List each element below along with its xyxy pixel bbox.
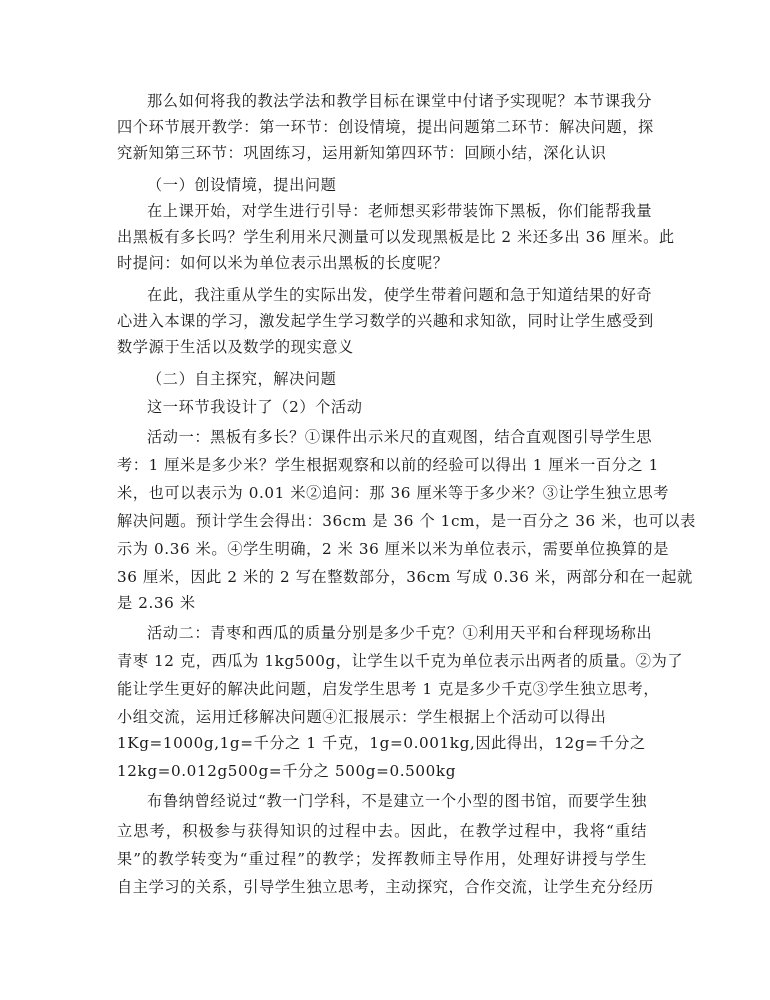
paragraph-line: 心进入本课的学习，激发起学生学习数学的兴趣和求知欲，同时让学生感受到 — [117, 311, 647, 331]
paragraph-line: 立思考，积极参与获得知识的过程中去。因此，在教学过程中，我将“重结 — [117, 821, 647, 841]
paragraph-line: 青枣 12 克，西瓜为 1kg500g，让学生以千克为单位表示出两者的质量。②为… — [117, 651, 647, 671]
paragraph-first-line: 活动二：青枣和西瓜的质量分别是多少千克？①利用天平和台秤现场称出 — [147, 623, 647, 643]
paragraph-line: 果”的教学转变为“重过程”的教学；发挥教师主导作用，处理好讲授与学生 — [117, 849, 647, 869]
paragraph-first-line: 在上课开始，对学生进行引导：老师想买彩带装饰下黑板，你们能帮我量 — [147, 201, 647, 221]
paragraph-line: 解决问题。预计学生会得出：36cm 是 36 个 1cm，是一百分之 36 米，… — [117, 511, 647, 531]
paragraph-line: 12kg=0.012g500g=千分之 500g=0.500kg — [117, 761, 647, 781]
paragraph-line: 36 厘米，因此 2 米的 2 写在整数部分，36cm 写成 0.36 米，两部… — [117, 567, 647, 587]
paragraph-line: 示为 0.36 米。④学生明确，2 米 36 厘米以米为单位表示，需要单位换算的… — [117, 539, 647, 559]
paragraph-line: 米，也可以表示为 0.01 米②追问：那 36 厘米等于多少米？③让学生独立思考 — [117, 483, 647, 503]
paragraph-first-line: （一）创设情境，提出问题 — [147, 175, 647, 195]
paragraph-line: 1Kg=1000g,1g=千分之 1 千克，1g=0.001kg,因此得出，12… — [117, 733, 647, 753]
document-page: 那么如何将我的教法学法和教学目标在课堂中付诸予实现呢？本节课我分四个环节展开教学… — [0, 0, 770, 1000]
paragraph-first-line: 这一环节我设计了（2）个活动 — [147, 397, 647, 417]
paragraph-line: 数学源于生活以及数学的现实意义 — [117, 337, 647, 357]
paragraph-first-line: 在此，我注重从学生的实际出发，使学生带着问题和急于知道结果的好奇 — [147, 285, 647, 305]
paragraph-line: 能让学生更好的解决此问题，启发学生思考 1 克是多少千克③学生独立思考， — [117, 679, 647, 699]
paragraph-line: 考：1 厘米是多少米？学生根据观察和以前的经验可以得出 1 厘米一百分之 1 — [117, 455, 647, 475]
paragraph-first-line: （二）自主探究，解决问题 — [147, 369, 647, 389]
paragraph-first-line: 活动一：黑板有多长？①课件出示米尺的直观图，结合直观图引导学生思 — [147, 427, 647, 447]
paragraph-line: 四个环节展开教学：第一环节：创设情境，提出问题第二环节：解决问题，探 — [117, 117, 647, 137]
paragraph-first-line: 布鲁纳曾经说过“教一门学科，不是建立一个小型的图书馆，而要学生独 — [147, 791, 647, 811]
paragraph-line: 小组交流，运用迁移解决问题④汇报展示：学生根据上个活动可以得出 — [117, 707, 647, 727]
paragraph-line: 是 2.36 米 — [117, 593, 647, 613]
paragraph-first-line: 那么如何将我的教法学法和教学目标在课堂中付诸予实现呢？本节课我分 — [147, 91, 647, 111]
paragraph-line: 自主学习的关系，引导学生独立思考，主动探究，合作交流，让学生充分经历 — [117, 877, 647, 897]
paragraph-line: 时提问：如何以米为单位表示出黑板的长度呢？ — [117, 253, 647, 273]
paragraph-line: 究新知第三环节：巩固练习，运用新知第四环节：回顾小结，深化认识 — [117, 143, 647, 163]
paragraph-line: 出黑板有多长吗？学生利用米尺测量可以发现黑板是比 2 米还多出 36 厘米。此 — [117, 227, 647, 247]
